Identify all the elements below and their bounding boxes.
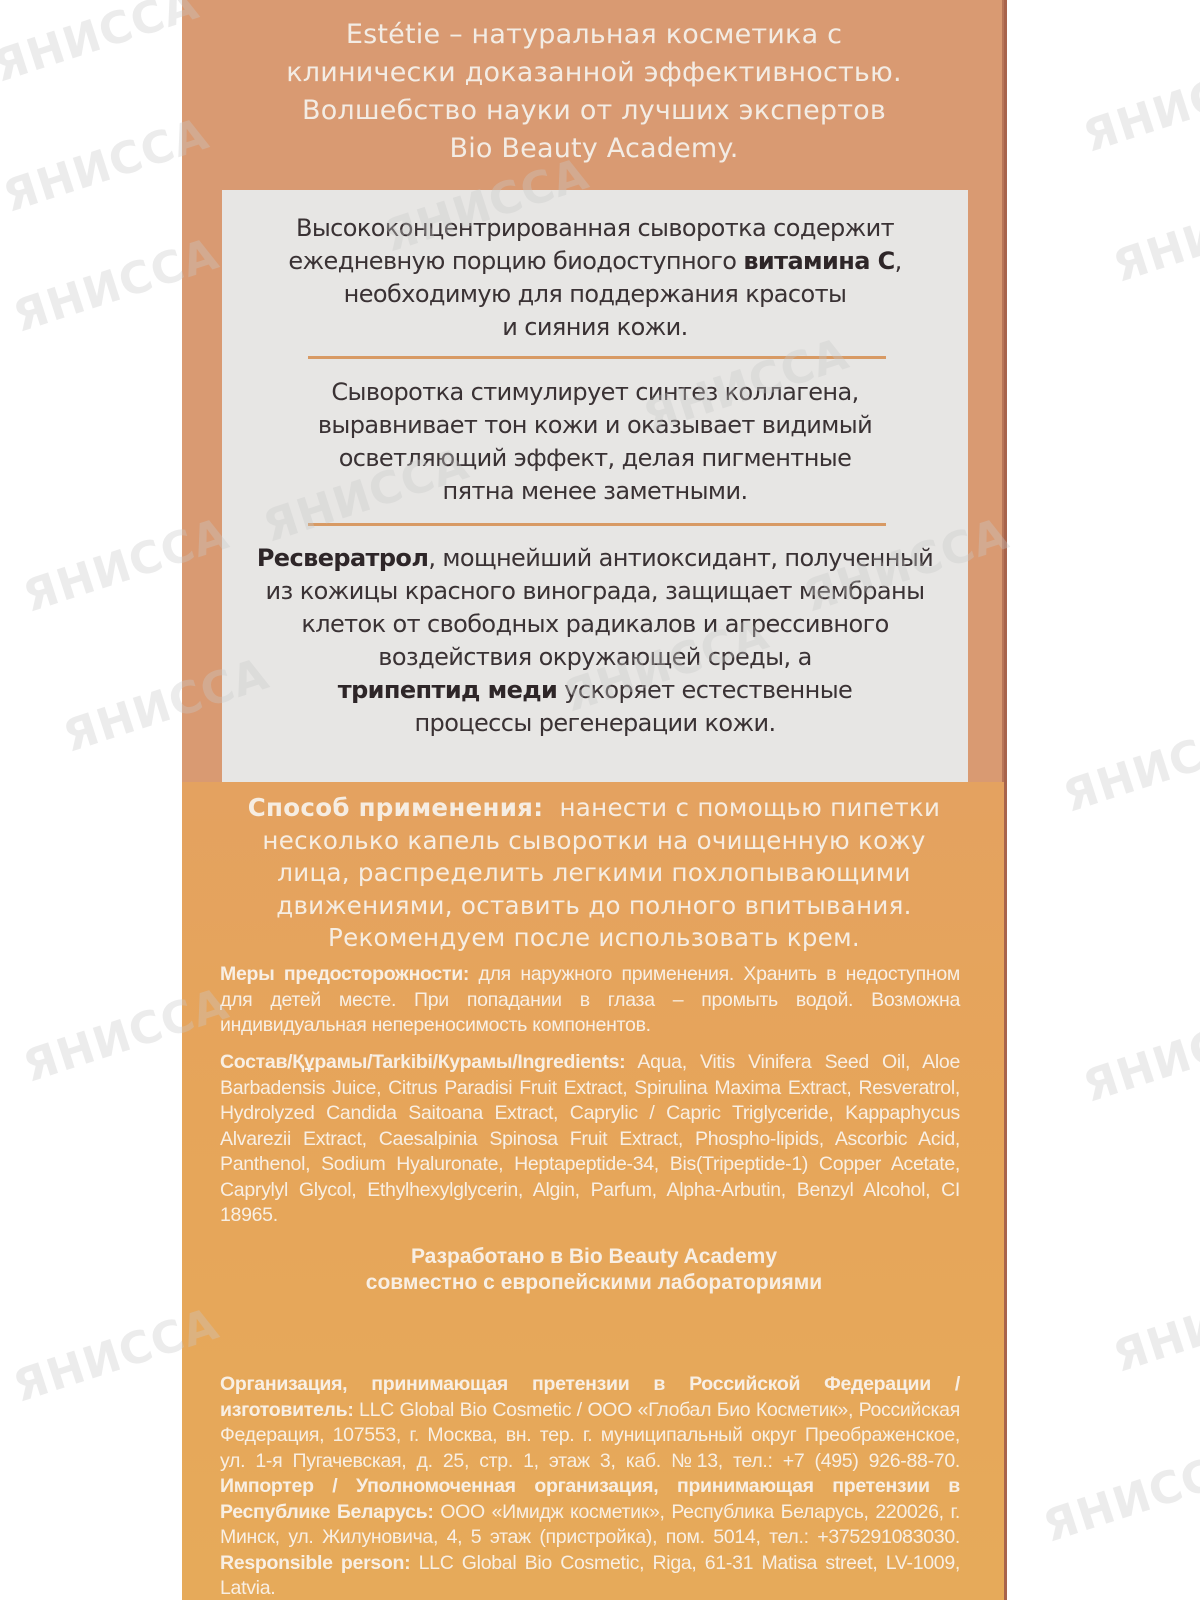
intro-line: Estétie – натуральная косметика с — [182, 16, 1006, 54]
text-line: Высококонцентрированная сыворотка содерж… — [222, 212, 968, 245]
brand-intro: Estétie – натуральная косметика с клинич… — [182, 16, 1006, 168]
text-span: ежедневную порцию биодоступного — [288, 247, 743, 275]
precautions: Меры предосторожности: для наружного при… — [220, 962, 960, 1039]
paragraph-collagen: Сыворотка стимулирует синтез коллагена, … — [222, 376, 968, 508]
text-span: , мощнейший антиоксидант, полученный — [428, 544, 933, 572]
ingredients: Состав/Құрамы/Tarkibi/Курамы/Ingredients… — [220, 1050, 960, 1229]
description-panel: Высококонцентрированная сыворотка содерж… — [222, 190, 968, 782]
watermark: ЯНИССА — [1107, 178, 1200, 292]
developed-by: Разработано в Bio Beauty Academy совмест… — [182, 1244, 1006, 1296]
text-line: Разработано в Bio Beauty Academy — [182, 1244, 1006, 1270]
legal-info: Организация, принимающая претензии в Рос… — [220, 1372, 960, 1600]
watermark: ЯНИССА — [1077, 48, 1200, 162]
text-line: клеток от свободных радикалов и агрессив… — [222, 608, 968, 641]
responsible-person-label: Responsible person: — [220, 1552, 410, 1574]
text-line: необходимую для поддержания красоты — [222, 278, 968, 311]
usage-label: Способ применения: — [248, 793, 544, 822]
text-line: трипептид меди ускоряет естественные — [222, 674, 968, 707]
text-line: Ресвератрол, мощнейший антиоксидант, пол… — [222, 542, 968, 575]
highlight-resveratrol: Ресвератрол — [257, 544, 429, 572]
highlight-copper-tripeptide: трипептид меди — [338, 676, 558, 704]
watermark: ЯНИССА — [1057, 708, 1200, 822]
text-span: , — [895, 247, 902, 275]
paragraph-resveratrol: Ресвератрол, мощнейший антиоксидант, пол… — [222, 542, 968, 740]
text-line: пятна менее заметными. — [222, 475, 968, 508]
box-edge — [1004, 0, 1007, 1600]
ingredients-label: Состав/Құрамы/Tarkibi/Курамы/Ingredients… — [220, 1051, 625, 1073]
watermark: ЯНИССА — [1037, 1438, 1200, 1552]
usage-instructions: Способ применения: нанести с помощью пип… — [182, 792, 1006, 955]
text-line: ежедневную порцию биодоступного витамина… — [222, 245, 968, 278]
intro-line: Волшебство науки от лучших экспертов — [182, 92, 1006, 130]
text-line: лица, распределить легкими похлопывающим… — [182, 857, 1006, 890]
text-line: Способ применения: нанести с помощью пип… — [182, 792, 1006, 825]
text-line: совместно с европейскими лабораториями — [182, 1270, 1006, 1296]
product-box-back: Estétie – натуральная косметика с клинич… — [182, 0, 1006, 1600]
text-span: ускоряет естественные — [557, 676, 852, 704]
precautions-label: Меры предосторожности: — [220, 963, 469, 985]
text-line: воздействия окружающей среды, а — [222, 641, 968, 674]
intro-line: Bio Beauty Academy. — [182, 130, 1006, 168]
text-line: осветляющий эффект, делая пигментные — [222, 442, 968, 475]
intro-line: клинически доказанной эффективностью. — [182, 54, 1006, 92]
text-line: Сыворотка стимулирует синтез коллагена, — [222, 376, 968, 409]
text-line: из кожицы красного винограда, защищает м… — [222, 575, 968, 608]
ingredients-text: Aqua, Vitis Vinifera Seed Oil, Aloe Barb… — [220, 1051, 960, 1226]
divider — [308, 523, 886, 526]
text-line: движениями, оставить до полного впитыван… — [182, 890, 1006, 923]
text-line: Рекомендуем после использовать крем. — [182, 922, 1006, 955]
text-line: выравнивает тон кожи и оказывает видимый — [222, 409, 968, 442]
paragraph-vitamin-c: Высококонцентрированная сыворотка содерж… — [222, 212, 968, 344]
text-span: нанести с помощью пипетки — [543, 793, 940, 822]
text-line: несколько капель сыворотки на очищенную … — [182, 825, 1006, 858]
watermark: ЯНИССА — [1077, 998, 1200, 1112]
watermark: ЯНИССА — [1107, 1268, 1200, 1382]
info-section: Способ применения: нанести с помощью пип… — [182, 782, 1006, 1600]
divider — [308, 356, 886, 359]
highlight-vitamin-c: витамина С — [743, 247, 894, 275]
text-line: и сияния кожи. — [222, 311, 968, 344]
watermark: ЯНИССА — [0, 0, 205, 93]
text-line: процессы регенерации кожи. — [222, 707, 968, 740]
